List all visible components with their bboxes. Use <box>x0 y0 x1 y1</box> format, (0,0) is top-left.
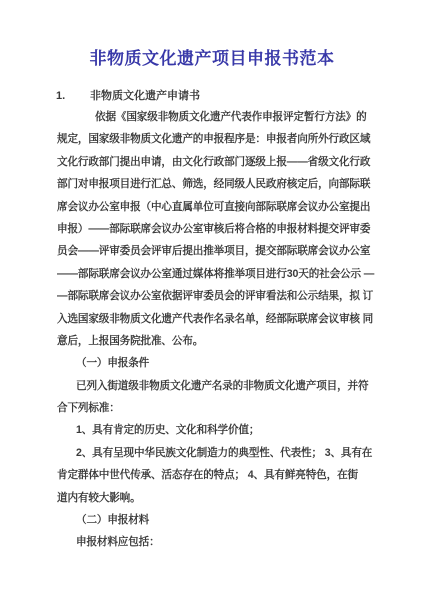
body-line: 意后，上报国务院批准、公布。 <box>57 330 373 352</box>
body-line: 文化行政部门提出申请，由文化行政部门逐级上报——省级文化行政 <box>57 151 373 173</box>
body-line: 席会议办公室申报（中心直属单位可直接向部际联席会议办公室提出 <box>57 196 373 218</box>
body-line: 依据《国家级非物质文化遗产代表作申报评定暂行方法》的 <box>57 106 373 128</box>
body-line: （一）申报条件 <box>57 352 373 374</box>
section-number: 1. <box>56 90 90 102</box>
document-page: 非物质文化遗产项目申报书范本 1.非物质文化遗产申请书 依据《国家级非物质文化遗… <box>0 0 424 600</box>
body-line: 道内有较大影响。 <box>57 487 373 509</box>
body-line: 已列入街道级非物质文化遗产名录的非物质文化遗产项目，并符 <box>57 375 373 397</box>
section-heading-text: 非物质文化遗产申请书 <box>90 90 200 102</box>
body-line: 申报）——部际联席会议办公室审核后将合格的申报材料提交评审委 <box>57 218 373 240</box>
document-body: 依据《国家级非物质文化遗产代表作申报评定暂行方法》的规定，国家级非物质文化遗产的… <box>57 106 373 554</box>
body-line: 肯定群体中世代传承、活态存在的特点； 4、具有鲜亮特色，在街 <box>57 464 373 486</box>
body-line: 员会——评审委员会评审后提出推举项目，提交部际联席会议办公室 <box>57 240 373 262</box>
section-heading: 1.非物质文化遗产申请书 <box>56 87 200 103</box>
body-line: 部门对申报项目进行汇总、筛选，经同级人民政府核定后，向部际联 <box>57 173 373 195</box>
body-line: 申报材料应包括： <box>57 531 373 553</box>
body-line: 1、具有肯定的历史、文化和科学价值； <box>57 419 373 441</box>
body-line: ——部际联席会议办公室通过媒体将推举项目进行30天的社会公示 — <box>57 263 373 285</box>
body-line: 规定，国家级非物质文化遗产的申报程序是：申报者向所外行政区域 <box>57 128 373 150</box>
body-line: 2、具有呈现中华民族文化制造力的典型性、代表性； 3、具有在 <box>57 442 373 464</box>
body-line: （二）申报材料 <box>57 509 373 531</box>
body-line: 合下列标准： <box>57 397 373 419</box>
body-line: 入选国家级非物质文化遗产代表作名录名单，经部际联席会议审核 同 <box>57 308 373 330</box>
body-line: —部际联席会议办公室依据评审委员会的评审看法和公示结果，拟 订 <box>57 285 373 307</box>
document-title: 非物质文化遗产项目申报书范本 <box>0 44 424 69</box>
